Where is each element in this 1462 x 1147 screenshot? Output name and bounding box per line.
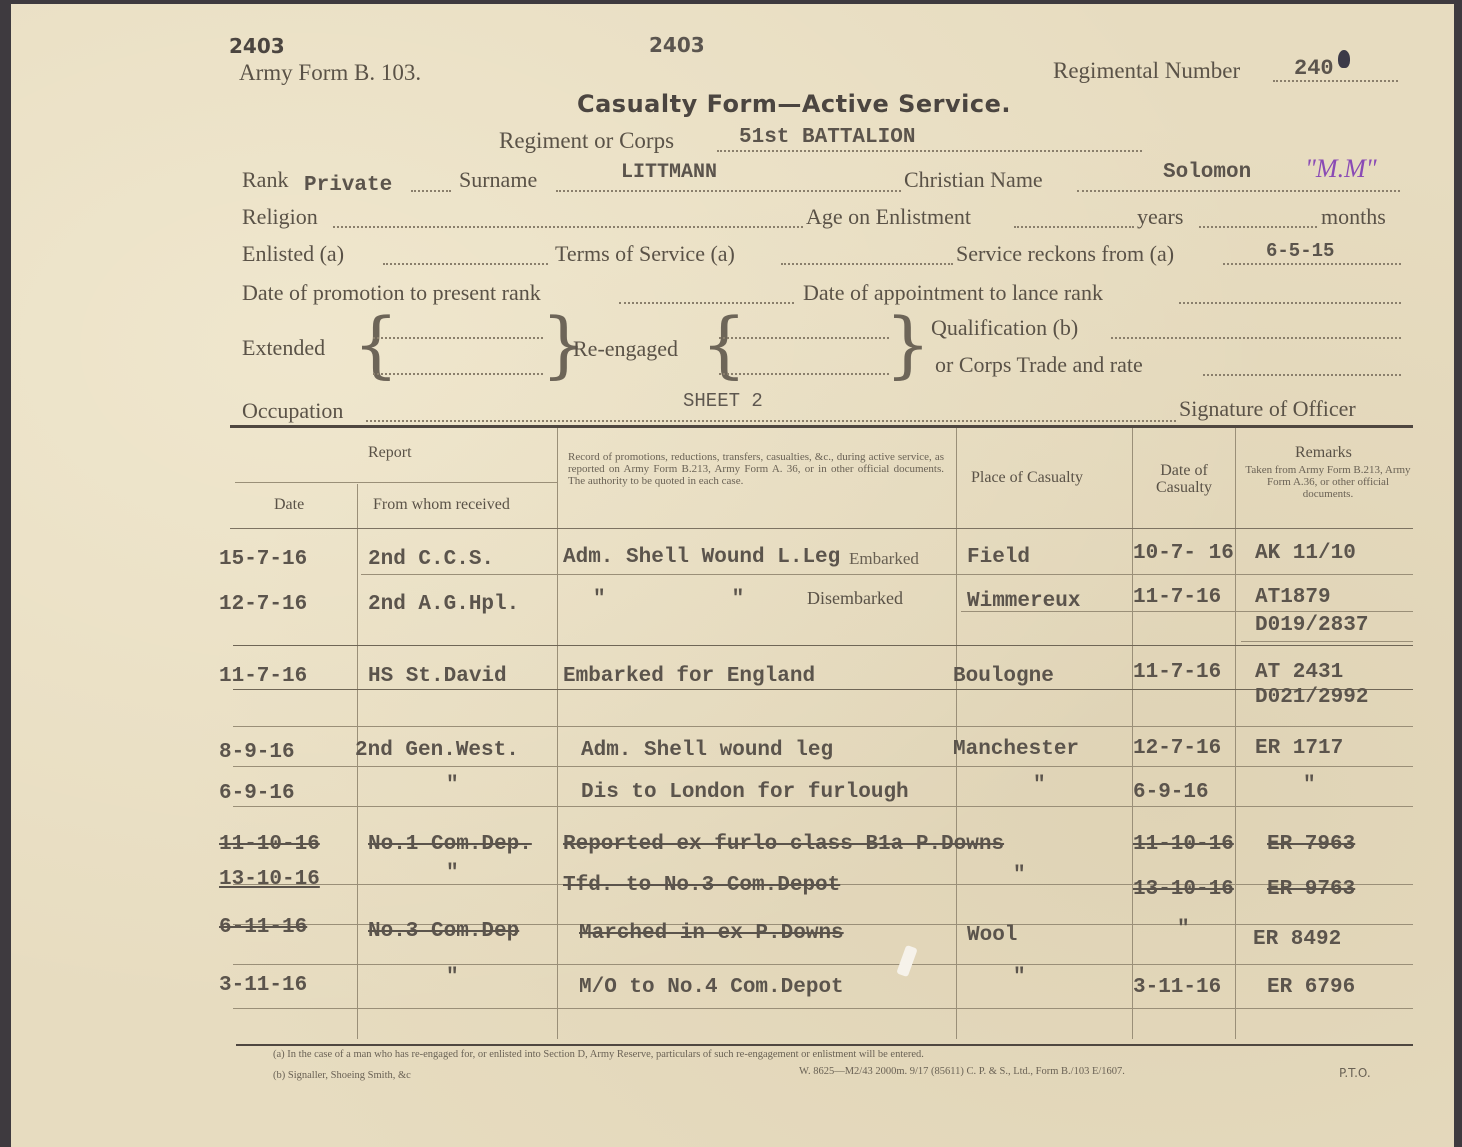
- row-date: 12-7-16: [219, 593, 307, 616]
- terms-line: [781, 263, 953, 265]
- row-casualty-date: 10-7- 16: [1133, 542, 1234, 565]
- row-casualty-date: 11-7-16: [1133, 586, 1221, 609]
- row-casualty-date: 3-11-16: [1133, 976, 1221, 999]
- header-from-whom: From whom received: [373, 496, 510, 514]
- header-remarks: Remarks: [1295, 444, 1352, 462]
- row-place: Manchester: [953, 738, 1079, 761]
- row-remarks: ER 1717: [1255, 737, 1343, 760]
- lance-label: Date of appointment to lance rank: [803, 280, 1103, 306]
- row-date: 11-7-16: [219, 665, 307, 688]
- row-record: Dis to London for furlough: [581, 781, 909, 804]
- table-header-bottom: [230, 528, 1413, 529]
- row-printed-label: Embarked: [849, 549, 919, 569]
- signature-label: Signature of Officer: [1179, 396, 1356, 422]
- row-casualty-date: 11-7-16: [1133, 661, 1221, 684]
- col-divider-3: [956, 428, 957, 1039]
- header-date-of-casualty: Date of Casualty: [1151, 462, 1217, 496]
- rank-value: Private: [304, 174, 392, 197]
- footer-divider: [236, 1044, 1413, 1046]
- row-from: ": [446, 966, 459, 989]
- row-casualty-date: 11-10-16: [1133, 833, 1234, 856]
- header-place: Place of Casualty: [971, 469, 1083, 487]
- stamp-number-center: 2403: [649, 33, 705, 57]
- row-remarks: AT1879: [1255, 586, 1331, 609]
- row-record: Adm. Shell wound leg: [581, 739, 833, 762]
- row-place: Boulogne: [953, 665, 1054, 688]
- age-label: Age on Enlistment: [806, 204, 971, 230]
- trade-label: or Corps Trade and rate: [935, 352, 1143, 378]
- christian-name-line: [1077, 190, 1400, 192]
- reckons-line: [1223, 263, 1401, 265]
- row-date: 3-11-16: [219, 974, 307, 997]
- row-date: 11-10-16: [219, 833, 320, 856]
- reengaged-label: Re-engaged: [573, 336, 678, 362]
- row-place: Field: [967, 546, 1030, 569]
- row-line: [233, 964, 1413, 965]
- row-line: [233, 689, 1413, 690]
- enlisted-label: Enlisted (a): [242, 241, 344, 267]
- religion-line: [333, 226, 803, 228]
- regimental-number-line: [1273, 80, 1398, 82]
- pto-label: P.T.O.: [1339, 1066, 1371, 1080]
- row-remarks: ER 7963: [1267, 833, 1355, 856]
- row-line: [233, 726, 1413, 727]
- header-report: Report: [368, 444, 412, 462]
- row-from: No.3 Com.Dep: [368, 920, 519, 943]
- extended-line-1: [373, 337, 543, 339]
- row-casualty-date: 6-9-16: [1133, 781, 1209, 804]
- row-date: 6-11-16: [219, 916, 307, 939]
- sheet-number: SHEET 2: [683, 390, 763, 412]
- col-divider-4: [1132, 428, 1133, 1039]
- row-line: [233, 806, 1413, 807]
- surname-label: Surname: [459, 167, 537, 193]
- row-from: No.1 Com.Dep.: [368, 833, 532, 856]
- qualification-line: [1111, 337, 1401, 339]
- reengaged-line-2: [719, 373, 889, 375]
- reengaged-brace-close: }: [885, 312, 931, 376]
- row-casualty-date: 12-7-16: [1133, 737, 1221, 760]
- col-divider-2: [557, 428, 558, 1039]
- row-line: [1241, 641, 1413, 642]
- row-remarks: ER 8492: [1253, 928, 1341, 951]
- row-remarks-2: D021/2992: [1255, 686, 1368, 709]
- row-record: Adm. Shell Wound L.Leg: [563, 546, 840, 569]
- document-page: 2403 Army Form B. 103. 2403 Regimental N…: [11, 4, 1454, 1147]
- surname-line: [556, 190, 901, 192]
- reengaged-line-1: [719, 337, 889, 339]
- reckons-value: 6-5-15: [1266, 240, 1334, 262]
- ink-blot: [1338, 50, 1350, 68]
- row-place: Wimmereux: [967, 590, 1080, 613]
- row-line: [233, 645, 1413, 646]
- row-record: Tfd. to No.3 Com.Depot: [563, 874, 840, 897]
- lance-line: [1179, 302, 1401, 304]
- row-from: ": [446, 774, 459, 797]
- row-remarks-2: D019/2837: [1255, 614, 1368, 637]
- row-remarks: AK 11/10: [1255, 542, 1356, 565]
- occupation-line: [366, 420, 1176, 422]
- row-remarks: ER 6796: [1267, 976, 1355, 999]
- page-title: Casualty Form—Active Service.: [577, 90, 1011, 118]
- extended-brace-open: {: [353, 312, 399, 376]
- rank-label: Rank: [242, 167, 288, 193]
- stamp-number-left: 2403: [229, 34, 285, 58]
- row-casualty-date: ": [1177, 918, 1190, 941]
- printer-imprint: W. 8625—M2/43 2000m. 9/17 (85611) C. P. …: [799, 1066, 1125, 1077]
- header-remarks-sub: Taken from Army Form B.213, Army Form A.…: [1245, 464, 1411, 500]
- header-record: Record of promotions, reductions, transf…: [568, 451, 944, 487]
- row-place: Wool: [967, 924, 1017, 947]
- col-divider-5: [1235, 428, 1236, 1039]
- regiment-line: [717, 150, 1142, 152]
- age-years-line: [1014, 226, 1134, 228]
- row-from: 2nd A.G.Hpl.: [368, 593, 519, 616]
- row-from: 2nd C.C.S.: [368, 548, 494, 571]
- extended-label: Extended: [242, 335, 325, 361]
- row-record: Embarked for England: [563, 665, 815, 688]
- regimental-number-label: Regimental Number: [1053, 58, 1240, 84]
- qualification-label: Qualification (b): [931, 315, 1078, 341]
- paper-tear-mark: [896, 945, 918, 977]
- occupation-label: Occupation: [242, 398, 343, 424]
- regimental-number-value: 240: [1294, 56, 1334, 81]
- extended-line-2: [373, 373, 543, 375]
- row-printed-label: Disembarked: [807, 588, 903, 609]
- header-date: Date: [274, 496, 304, 514]
- trade-line: [1203, 374, 1401, 376]
- regiment-label: Regiment or Corps: [499, 128, 674, 154]
- row-from: 2nd Gen.West.: [355, 739, 519, 762]
- row-line: [361, 574, 1413, 575]
- christian-name-value: Solomon: [1163, 161, 1251, 184]
- row-line: [233, 766, 1413, 767]
- row-casualty-date: 13-10-16: [1133, 878, 1234, 901]
- years-label: years: [1137, 204, 1183, 230]
- row-record: " ": [593, 588, 744, 611]
- age-months-line: [1199, 226, 1317, 228]
- footnote-b: (b) Signaller, Shoeing Smith, &c: [273, 1070, 411, 1081]
- reengaged-brace-open: {: [701, 312, 747, 376]
- row-remarks: ER 9763: [1267, 878, 1355, 901]
- enlisted-line: [383, 263, 548, 265]
- row-record: Marched in ex P.Downs: [579, 922, 844, 945]
- row-from: ": [446, 862, 459, 885]
- christian-name-label: Christian Name: [904, 167, 1043, 193]
- religion-label: Religion: [242, 204, 318, 230]
- row-remarks: AT 2431: [1255, 661, 1343, 684]
- surname-value: LITTMANN: [621, 161, 717, 184]
- row-date: 15-7-16: [219, 548, 307, 571]
- rank-line: [411, 190, 451, 192]
- months-label: months: [1321, 204, 1386, 230]
- row-record: Reported ex furlo class B1a P.Downs: [563, 833, 1004, 856]
- row-line: [233, 1008, 1413, 1009]
- row-date: 8-9-16: [219, 741, 295, 764]
- row-record: M/O to No.4 Com.Depot: [579, 976, 844, 999]
- row-place: ": [1013, 966, 1026, 989]
- form-id: Army Form B. 103.: [239, 60, 421, 86]
- row-place: ": [1033, 774, 1046, 797]
- row-date: 13-10-16: [219, 868, 320, 891]
- christian-name-annotation: "M.M": [1305, 154, 1377, 184]
- row-remarks: ": [1303, 774, 1316, 797]
- row-from: HS St.David: [368, 665, 507, 688]
- terms-label: Terms of Service (a): [555, 241, 735, 267]
- reckons-label: Service reckons from (a): [956, 241, 1174, 267]
- footnote-a: (a) In the case of a man who has re-enga…: [273, 1049, 924, 1060]
- regiment-value: 51st BATTALION: [739, 126, 915, 149]
- report-subheader-line: [235, 482, 557, 483]
- row-place: ": [1013, 864, 1026, 887]
- row-date: 6-9-16: [219, 782, 295, 805]
